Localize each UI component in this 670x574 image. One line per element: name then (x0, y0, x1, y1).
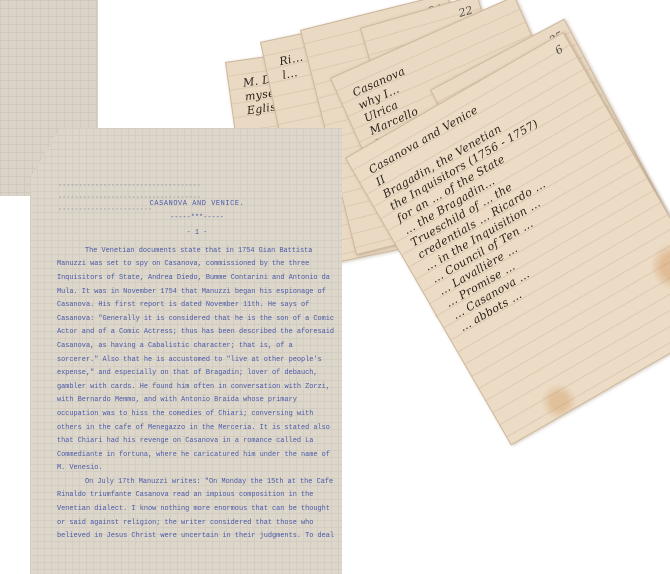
typed-body: CASANOVA AND VENICE. -----***----- - 1 -… (57, 198, 337, 544)
text-line: Rinaldo triumfante Casanova read an impi… (57, 491, 313, 499)
title-rule: -----***----- (57, 212, 337, 226)
paragraph-1: The Venetian documents state that in 175… (57, 245, 337, 476)
document-title: CASANOVA AND VENICE. (57, 198, 337, 212)
photo-scene: M. Dandolo myself in Eglise Ri... l... 2… (0, 0, 670, 574)
text-line: Venetian dialect. I know nothing more en… (57, 505, 330, 513)
page-number: - 1 - (57, 227, 337, 241)
text-line: believed in Jesus Christ were uncertain … (57, 532, 334, 540)
text-line: On July 17th Manuzzi writes: "On Monday … (85, 478, 333, 486)
paragraph-2: On July 17th Manuzzi writes: "On Monday … (57, 476, 337, 544)
text-line: or said against religion; the writer con… (57, 519, 313, 527)
typewritten-page: ▪▪▪▪▪▪▪▪▪▪▪▪▪▪▪▪▪▪▪▪▪▪▪▪▪▪▪▪▪▪▪▪▪▪▪▪▪▪▪▪… (30, 128, 342, 574)
